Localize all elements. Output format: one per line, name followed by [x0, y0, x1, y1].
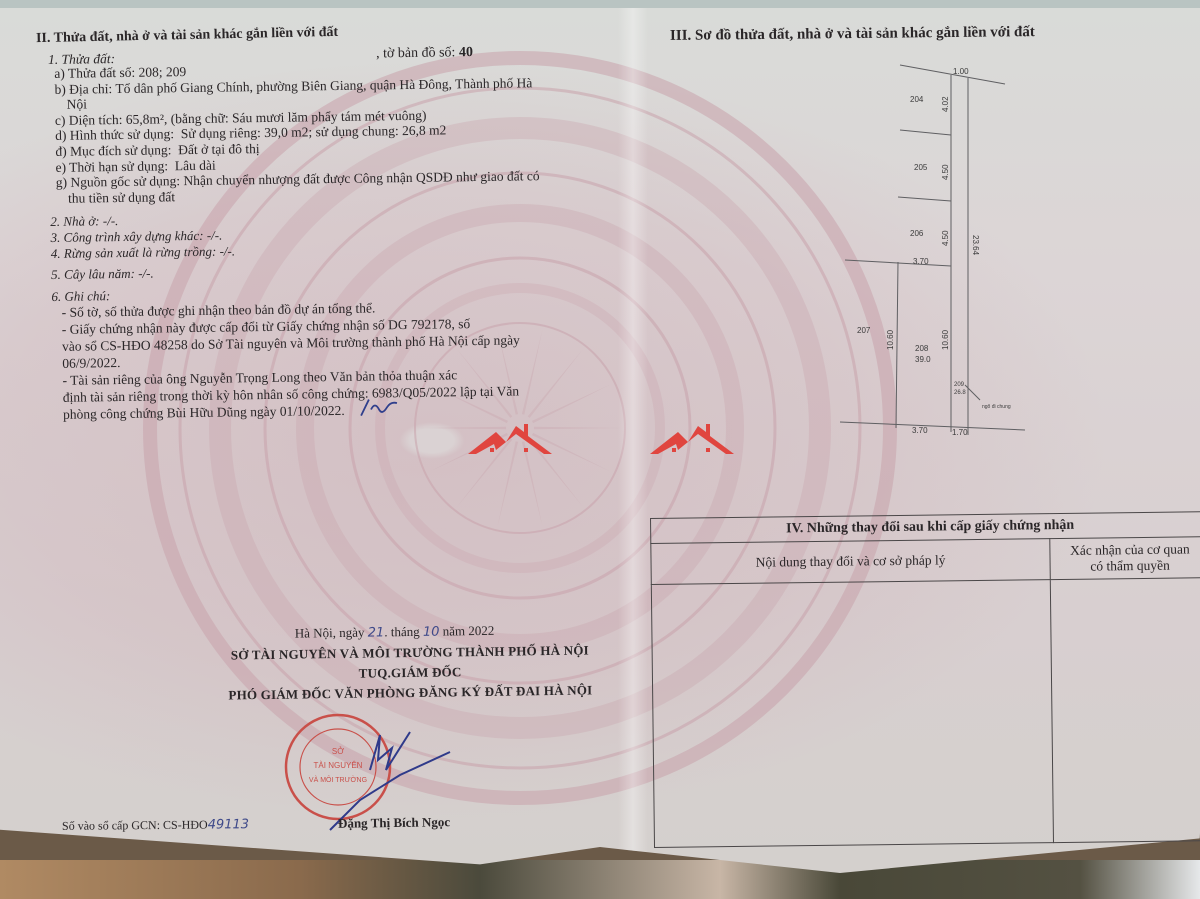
- dim-mid-width: 3.70: [913, 257, 929, 266]
- year-label: năm 2022: [443, 623, 495, 639]
- parcel-value: 208; 209: [138, 64, 186, 80]
- dim-209-bottom: 1.70: [952, 428, 968, 437]
- change-content-cell: [651, 580, 1053, 848]
- signing-block: Hà Nội, ngày 21. tháng 10 năm 2022 SỞ TÀ…: [179, 619, 640, 706]
- house-value: -/-.: [103, 213, 119, 228]
- usage-form-value: Sử dụng riêng: 39,0 m2; sử dụng chung: 2…: [181, 123, 447, 142]
- month-handwritten: 10: [423, 625, 440, 640]
- term-label: e) Thời hạn sử dụng:: [56, 158, 169, 175]
- land-details: 1. Thửa đất: , tờ bản đồ số: 40 a) Thửa …: [48, 44, 623, 423]
- forest-label: 4. Rừng sản xuất là rừng trồng:: [51, 243, 217, 260]
- shared-lane-note: ngõ đi chung: [982, 404, 1011, 410]
- parcel-205: 205: [914, 163, 928, 172]
- area-label: c) Diện tích:: [55, 112, 123, 128]
- house-label: 2. Nhà ở:: [50, 214, 99, 230]
- parcel-207: 207: [857, 326, 871, 335]
- parcel-206: 206: [910, 229, 924, 238]
- paper-fold: [618, 8, 648, 878]
- background-desk: [0, 860, 1200, 899]
- month-label: tháng: [391, 624, 420, 639]
- land-heading: 1. Thửa đất:: [48, 51, 115, 67]
- purpose-label: đ) Mục đích sử dụng:: [55, 142, 171, 159]
- perennial-value: -/-.: [138, 266, 154, 281]
- dim-208-bottom: 3.70: [912, 426, 928, 435]
- column-change-content: Nội dung thay đổi và cơ sở pháp lý: [651, 539, 1050, 585]
- column-authority-confirmation: Xác nhận của cơ quan có thẩm quyền: [1050, 537, 1200, 580]
- perennial-label: 5. Cây lâu năm:: [51, 266, 135, 282]
- dim-top-width: 1.00: [953, 67, 969, 76]
- dim-total: 23.64: [971, 235, 980, 256]
- other-construction-label: 3. Công trình xây dựng khác:: [50, 228, 203, 245]
- address-label: b) Địa chỉ:: [54, 81, 112, 97]
- forest-value: -/-.: [219, 243, 235, 258]
- usage-form-label: d) Hình thức sử dụng:: [55, 127, 174, 144]
- parcel-209: 209: [954, 382, 965, 388]
- parcel-label: a) Thửa đất số:: [54, 65, 135, 81]
- parcel-208-area: 39.0: [915, 355, 931, 364]
- column-authority-line2: có thẩm quyền: [1051, 557, 1200, 575]
- parcel-208: 208: [915, 344, 929, 353]
- dim-205: 4.50: [941, 164, 950, 180]
- parcel-diagram: 204 205 206 207 208 39.0 209 26.8 ngõ đi…: [840, 60, 1040, 450]
- parcel-204: 204: [910, 95, 924, 104]
- map-sheet-value: 40: [459, 45, 473, 60]
- dim-208-left: 10.60: [886, 329, 895, 350]
- dim-206: 4.50: [941, 230, 950, 246]
- parcel-209-area: 26.8: [954, 390, 966, 396]
- notes-list: - Số tờ, số thửa được ghi nhận theo bản …: [52, 296, 624, 423]
- origin-label: g) Nguồn gốc sử dụng:: [56, 173, 181, 190]
- confirmation-cell: [1050, 578, 1200, 843]
- purpose-value: Đất ở tại đô thị: [178, 141, 260, 157]
- note-line: phòng công chứng Bùi Hữu Dũng ngày 01/10…: [63, 403, 345, 422]
- dim-208-right: 10.60: [941, 329, 950, 350]
- signer-name: Đặng Thị Bích Ngọc: [338, 814, 450, 832]
- day-handwritten: 21: [368, 625, 385, 640]
- changes-table: IV. Những thay đổi sau khi cấp giấy chứn…: [650, 511, 1200, 848]
- registry-number: Số vào sổ cấp GCN: CS-HĐO49113: [62, 817, 249, 834]
- term-value: Lâu dài: [175, 157, 216, 173]
- registry-prefix: CS-HĐO: [163, 818, 208, 832]
- map-sheet-label: , tờ bản đồ số:: [376, 45, 456, 61]
- other-construction-value: -/-.: [207, 228, 223, 243]
- registry-number-handwritten: 49113: [208, 817, 249, 832]
- registry-label: Số vào sổ cấp GCN:: [62, 818, 160, 833]
- dim-204: 4.02: [941, 96, 950, 112]
- column-authority-line1: Xác nhận của cơ quan: [1050, 541, 1200, 559]
- house-logo-icon: [466, 420, 556, 456]
- house-logo-icon: [648, 420, 738, 456]
- initials-signature-icon: [355, 395, 405, 418]
- date-prefix: Hà Nội, ngày: [295, 625, 365, 641]
